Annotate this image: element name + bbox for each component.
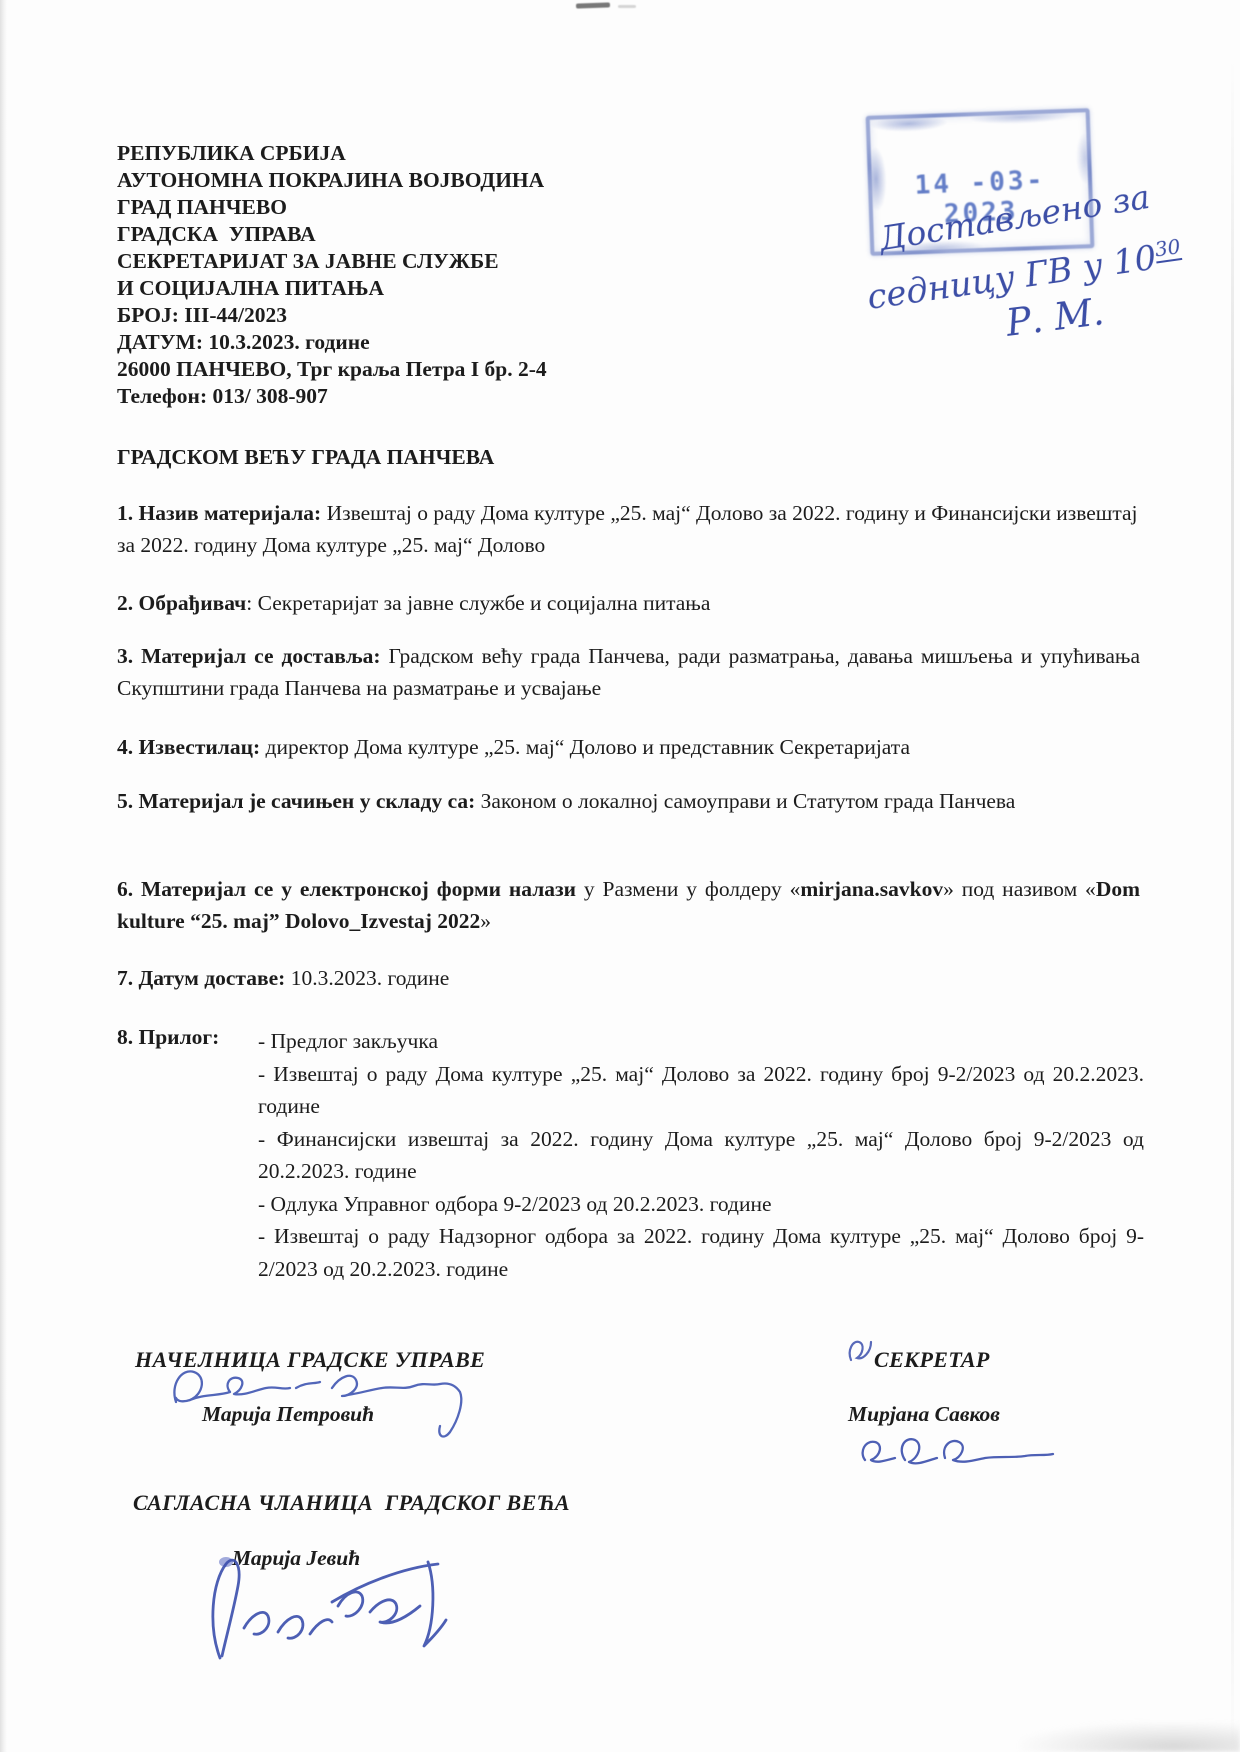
item-1: 1. Назив материјала: Извештај о раду Дом…	[117, 498, 1140, 561]
item-6: 6. Материјал се у електронској форми нал…	[117, 874, 1140, 937]
attachment-list: - Предлог закључка - Извештај о раду Дом…	[258, 1025, 1144, 1285]
item-6-text-3: »	[480, 909, 491, 933]
ink-mark-icon	[843, 1334, 875, 1366]
attachment-item: - Извештај о раду Дома културе „25. мај“…	[258, 1058, 1144, 1123]
item-3-label: 3. Материјал се доставља:	[117, 644, 381, 668]
letterhead-city: ГРАД ПАНЧЕВО	[117, 194, 547, 221]
item-2: 2. Обрађивач: Секретаријат за јавне служ…	[117, 588, 1140, 620]
signature-savkov	[853, 1430, 1063, 1478]
item-7: 7. Датум доставе: 10.3.2023. године	[117, 963, 1140, 995]
scan-smudge-bottom	[1020, 1722, 1240, 1752]
signature-name-petrovic: Марија Петровић	[202, 1402, 374, 1427]
item-5-text: Законом о локалној самоуправи и Статутом…	[475, 789, 1015, 813]
letterhead-date: ДАТУМ: 10.3.2023. године	[117, 329, 547, 356]
item-2-text: : Секретаријат за јавне службе и социјал…	[246, 591, 710, 615]
item-6-text-1: у Размени у фолдеру «	[576, 877, 800, 901]
item-2-label: 2. Обрађивач	[117, 591, 246, 615]
letterhead-secretariat-line1: СЕКРЕТАРИЈАТ ЗА ЈАВНЕ СЛУЖБЕ	[117, 248, 547, 275]
letterhead-province: АУТОНОМНА ПОКРАЈИНА ВОЈВОДИНА	[117, 167, 547, 194]
letterhead-administration: ГРАДСКА УПРАВА	[117, 221, 547, 248]
item-7-label: 7. Датум доставе:	[117, 966, 285, 990]
signature-jevic	[190, 1540, 465, 1665]
item-7-text: 10.3.2023. године	[285, 966, 449, 990]
letterhead-number: БРОЈ: III-44/2023	[117, 302, 547, 329]
item-4: 4. Известилац: директор Дома културе „25…	[117, 732, 1140, 764]
attachment-item: - Финансијски извештај за 2022. годину Д…	[258, 1123, 1144, 1188]
scanned-document-page: РЕПУБЛИКА СРБИЈА АУТОНОМНА ПОКРАЈИНА ВОЈ…	[0, 0, 1240, 1752]
item-5: 5. Материјал је сачињен у складу са: Зак…	[117, 786, 1140, 818]
signature-name-savkov: Мирјана Савков	[848, 1402, 1000, 1427]
note-time-superscript: 30	[1153, 234, 1182, 263]
scan-smudge-top-faint	[618, 5, 636, 8]
item-6-folder-name: mirjana.savkov	[800, 877, 943, 901]
attachment-item: - Извештај о раду Надзорног одбора за 20…	[258, 1220, 1144, 1285]
handwritten-initials: Р. М.	[1004, 290, 1107, 345]
item-1-label: 1. Назив материјала:	[117, 501, 321, 525]
signature-title-secretary: СЕКРЕТАР	[874, 1347, 990, 1373]
attachment-item: - Предлог закључка	[258, 1025, 1144, 1058]
attachment-item: - Одлука Управног одбора 9-2/2023 од 20.…	[258, 1188, 1144, 1221]
recipient-line: ГРАДСКОМ ВЕЋУ ГРАДА ПАНЧЕВА	[117, 445, 494, 470]
signature-title-consenting-member: САГЛАСНА ЧЛАНИЦА ГРАДСКОГ ВЕЋА	[133, 1490, 570, 1516]
letterhead-address: 26000 ПАНЧЕВО, Трг краља Петра I бр. 2-4	[117, 356, 547, 383]
item-8-label: 8. Прилог:	[117, 1025, 219, 1050]
scan-smudge-top	[576, 2, 610, 8]
item-6-text-2: » под називом «	[943, 877, 1096, 901]
scan-edge-right	[1231, 60, 1234, 1752]
item-5-label: 5. Материјал је сачињен у складу са:	[117, 789, 475, 813]
letterhead: РЕПУБЛИКА СРБИЈА АУТОНОМНА ПОКРАЈИНА ВОЈ…	[117, 140, 547, 410]
letterhead-republic: РЕПУБЛИКА СРБИЈА	[117, 140, 547, 167]
item-4-label: 4. Известилац:	[117, 735, 260, 759]
scan-edge-left	[0, 0, 7, 1752]
letterhead-phone: Телефон: 013/ 308-907	[117, 383, 547, 410]
item-6-label: 6. Материјал се у електронској форми нал…	[117, 877, 576, 901]
item-4-text: директор Дома културе „25. мај“ Долово и…	[260, 735, 910, 759]
item-3: 3. Материјал се доставља: Градском већу …	[117, 641, 1140, 704]
letterhead-secretariat-line2: И СОЦИЈАЛНА ПИТАЊА	[117, 275, 547, 302]
